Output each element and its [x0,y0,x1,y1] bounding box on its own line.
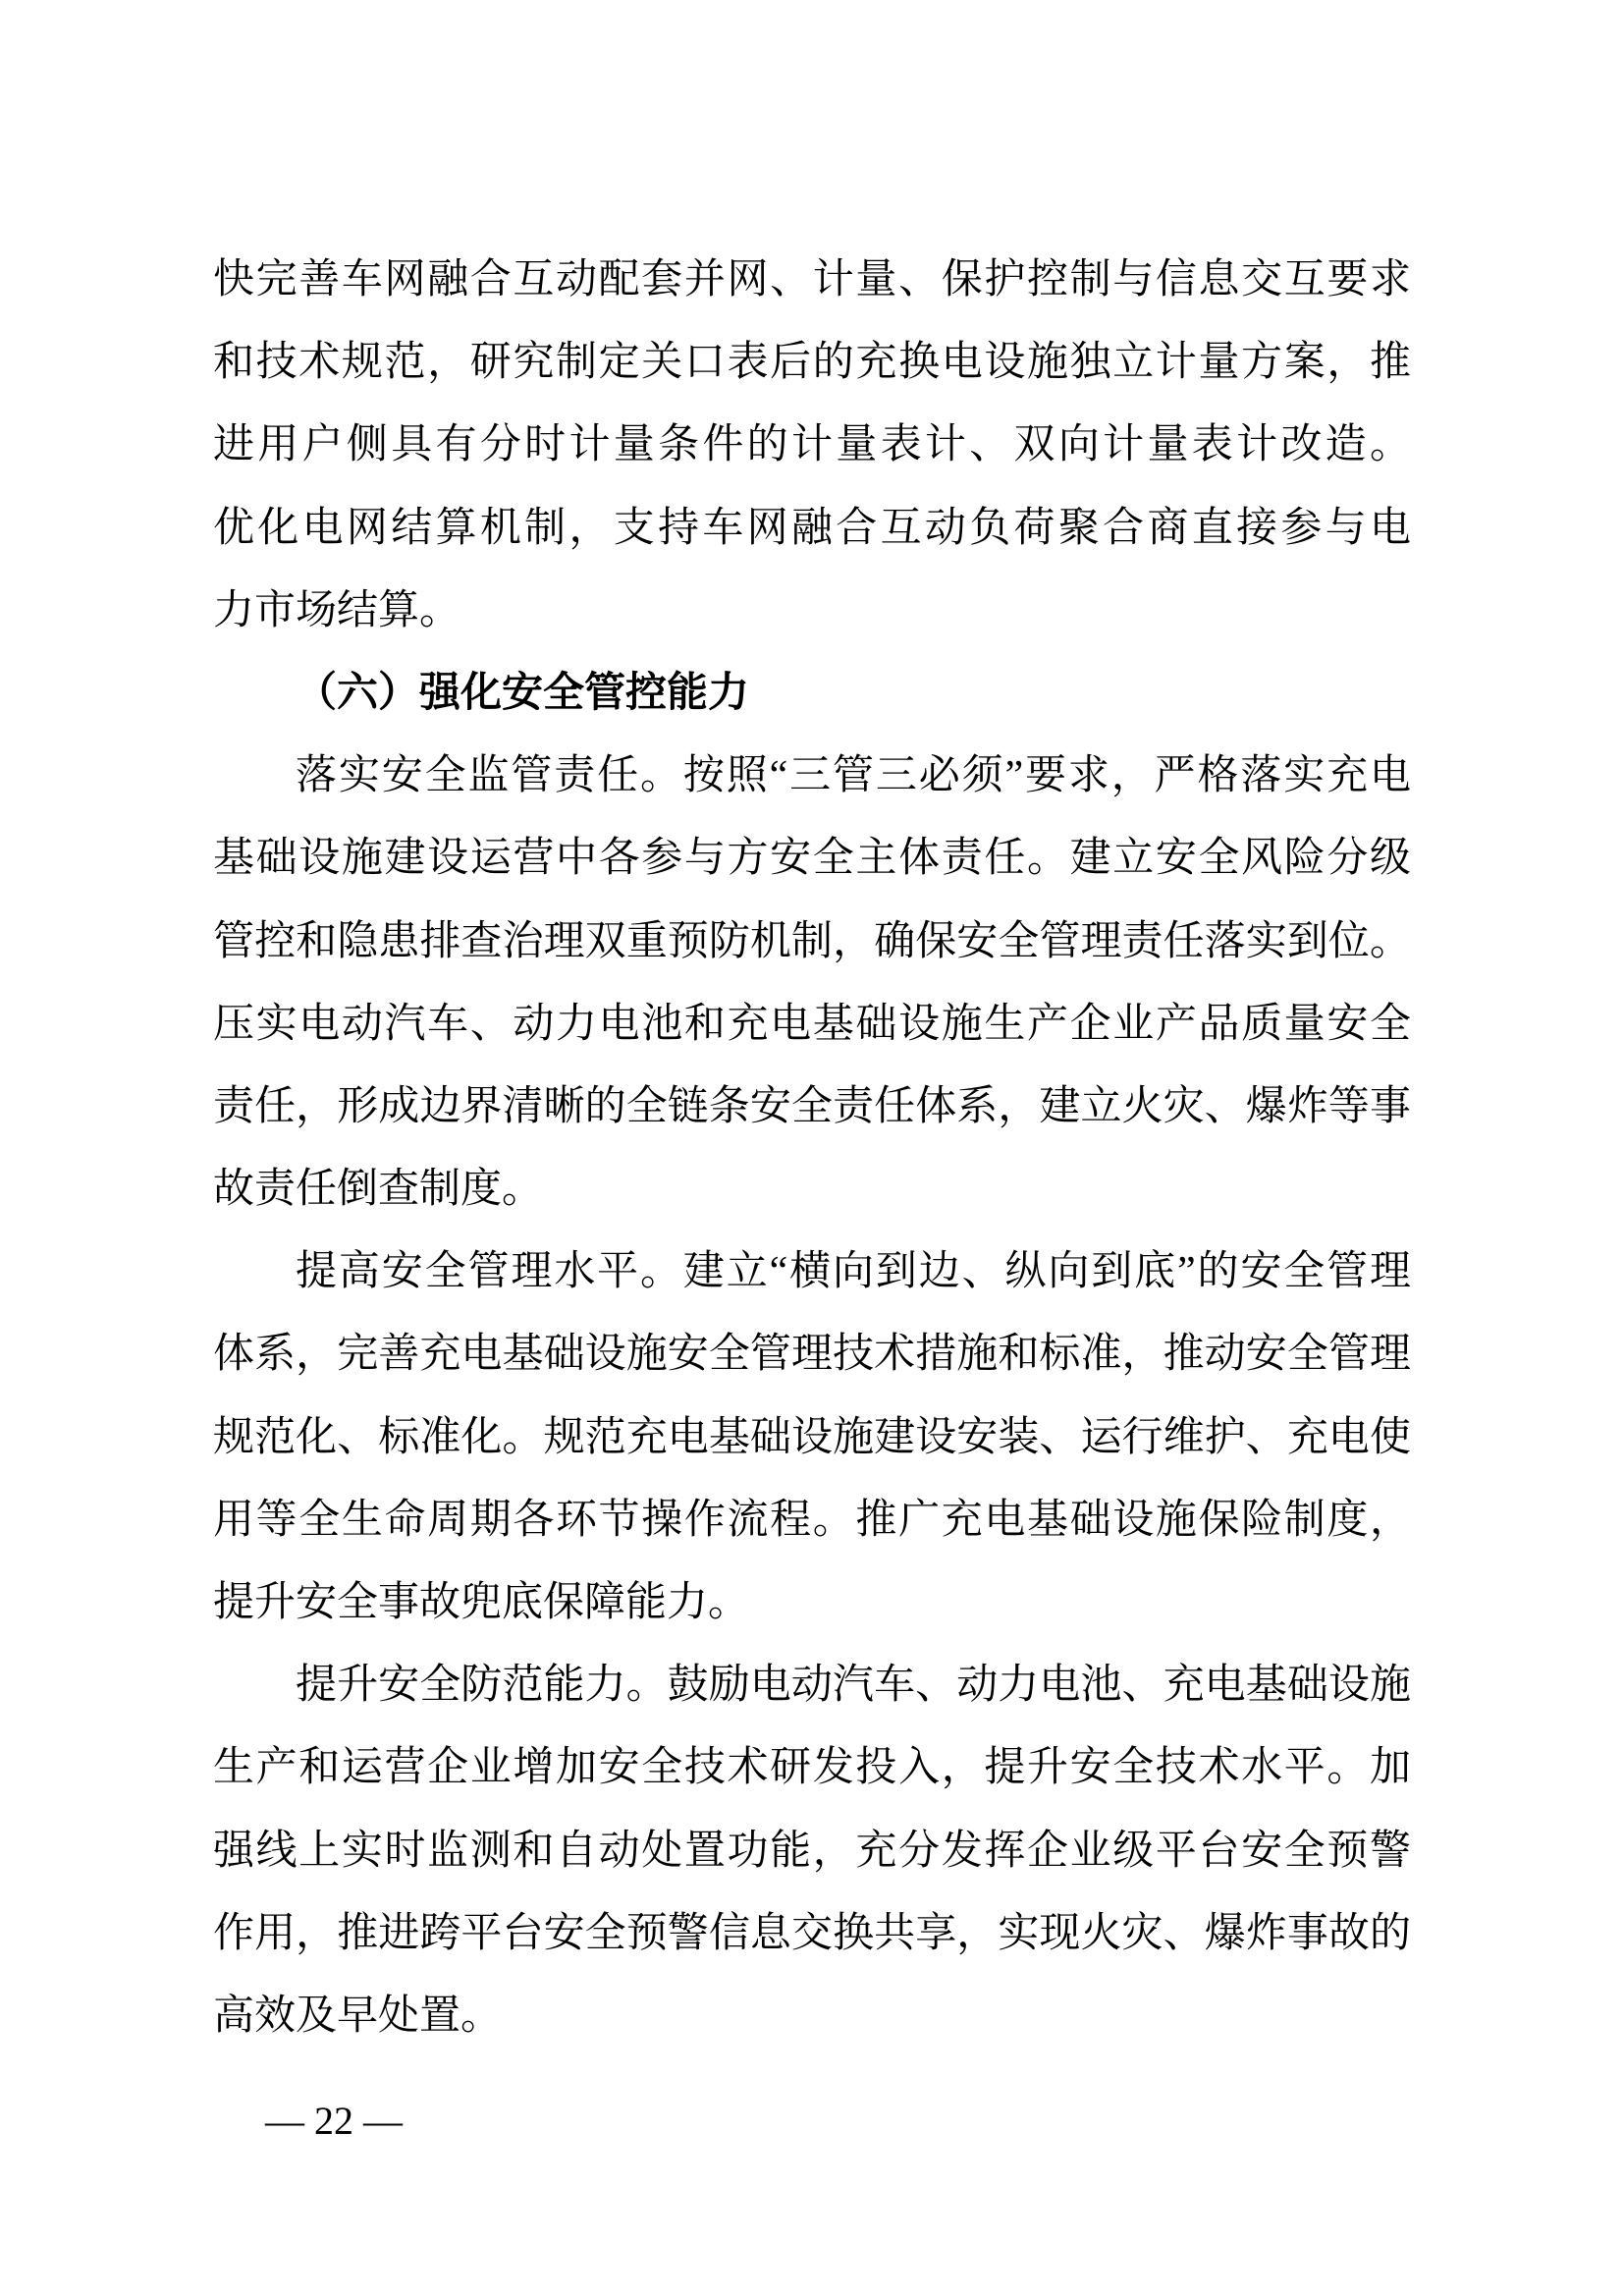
body-line: 故责任倒查制度。 [213,1148,1411,1230]
section-heading: （六）强化安全管控能力 [213,652,1411,735]
body-line: 生产和运营企业增加安全技术研发投入，提升安全技术水平。加 [213,1726,1411,1809]
body-line: 基础设施建设运营中各参与方安全主体责任。建立安全风险分级 [213,817,1411,900]
body-line: 压实电动汽车、动力电池和充电基础设施生产企业产品质量安全 [213,983,1411,1066]
page-footer: — 22 — [226,2048,403,2097]
body-line: 落实安全监管责任。按照“三管三必须”要求，严格落实充电 [213,735,1411,817]
body-line: 力市场结算。 [213,570,1411,652]
body-line: 优化电网结算机制，支持车网融合互动负荷聚合商直接参与电 [213,487,1411,570]
body-line: 用等全生命周期各环节操作流程。推广充电基础设施保险制度， [213,1479,1411,1561]
body-line: 规范化、标准化。规范充电基础设施建设安装、运行维护、充电使 [213,1396,1411,1479]
page-number: — 22 — [265,2099,403,2143]
body-line: 提升安全防范能力。鼓励电动汽车、动力电池、充电基础设施 [213,1644,1411,1726]
body-line: 快完善车网融合互动配套并网、计量、保护控制与信息交互要求 [213,239,1411,321]
body-text: 快完善车网融合互动配套并网、计量、保护控制与信息交互要求和技术规范，研究制定关口… [213,239,1411,2057]
body-line: 责任，形成边界清晰的全链条安全责任体系，建立火灾、爆炸等事 [213,1066,1411,1148]
body-line: 高效及早处置。 [213,1975,1411,2057]
body-line: 进用户侧具有分时计量条件的计量表计、双向计量表计改造。 [213,404,1411,486]
body-line: 作用，推进跨平台安全预警信息交换共享，实现火灾、爆炸事故的 [213,1892,1411,1975]
document-page: 快完善车网融合互动配套并网、计量、保护控制与信息交互要求和技术规范，研究制定关口… [0,0,1623,2296]
body-line: 提高安全管理水平。建立“横向到边、纵向到底”的安全管理 [213,1230,1411,1313]
body-line: 提升安全事故兜底保障能力。 [213,1561,1411,1644]
body-line: 和技术规范，研究制定关口表后的充换电设施独立计量方案，推 [213,321,1411,404]
body-line: 强线上实时监测和自动处置功能，充分发挥企业级平台安全预警 [213,1810,1411,1892]
body-line: 体系，完善充电基础设施安全管理技术措施和标准，推动安全管理 [213,1313,1411,1395]
body-line: 管控和隐患排查治理双重预防机制，确保安全管理责任落实到位。 [213,901,1411,983]
